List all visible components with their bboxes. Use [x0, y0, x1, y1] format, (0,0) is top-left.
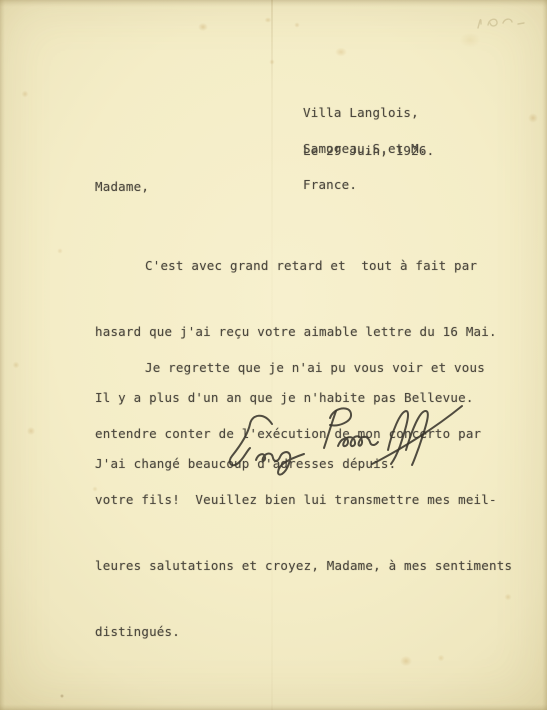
paragraph-2-line-5: distingués.: [95, 621, 512, 643]
salutation: Madame,: [95, 176, 149, 198]
address-line-3: France.: [303, 179, 427, 191]
faint-pencil-inscription: [472, 10, 528, 36]
signature-svg: Serge Prokofieff: [220, 402, 465, 480]
paragraph-2-line-1: Je regrette que je n'ai pu vous voir et …: [95, 357, 512, 379]
signature-serge-prokofieff: Serge Prokofieff: [220, 402, 465, 480]
paragraph-1-line-1: C'est avec grand retard et tout à fait p…: [95, 255, 497, 277]
date-line: Le 29 Juin, 1926.: [303, 140, 434, 162]
paragraph-2-line-3: votre fils! Veuillez bien lui transmettr…: [95, 489, 512, 511]
address-line-1: Villa Langlois,: [303, 107, 427, 119]
paragraph-2: Je regrette que je n'ai pu vous voir et …: [95, 313, 512, 687]
paragraph-2-line-4: leures salutations et croyez, Madame, à …: [95, 555, 512, 577]
letter-page: Villa Langlois, Samoreau,S.et M. France.…: [0, 0, 547, 710]
